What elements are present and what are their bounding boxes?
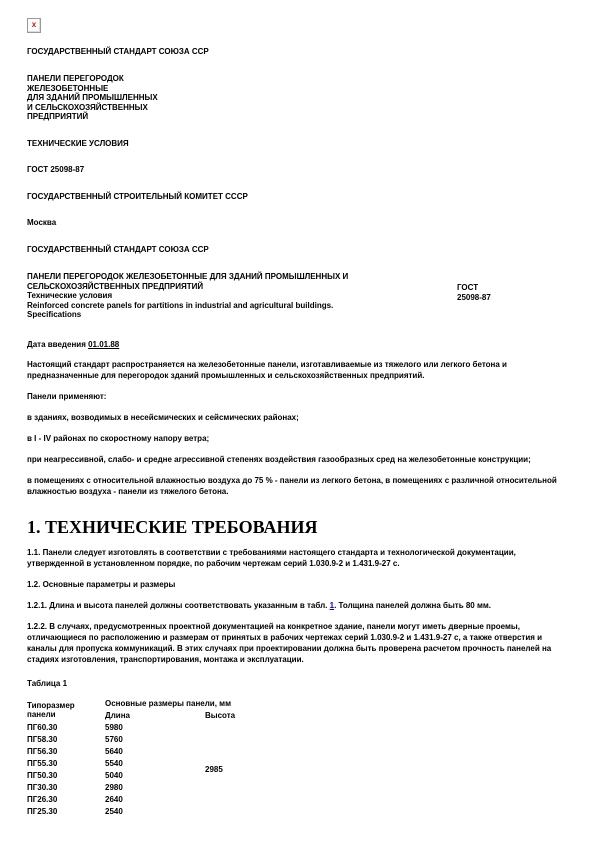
cell-length: 5980 [105, 722, 205, 734]
cell-type: ПГ50.30 [27, 770, 105, 782]
title-line: ЖЕЛЕЗОБЕТОННЫЕ [27, 84, 567, 94]
col-header-sizes: Основные размеры панели, мм [105, 698, 295, 710]
col-header-height: Высота [205, 710, 295, 722]
title-block-left: ПАНЕЛИ ПЕРЕГОРОДОК ЖЕЛЕЗОБЕТОННЫЕ ДЛЯ ЗД… [27, 272, 422, 320]
apply-item: в зданиях, возводимых в несейсмических и… [27, 412, 567, 423]
gost-word: ГОСТ [457, 283, 491, 293]
title-line: ПРЕДПРИЯТИЙ [27, 112, 567, 122]
main-title-russian: ПАНЕЛИ ПЕРЕГОРОДОК ЖЕЛЕЗОБЕТОННЫЕ ДЛЯ ЗД… [27, 272, 422, 291]
broken-image-x-glyph: x [32, 21, 36, 29]
col-header-type: Типоразмер панели [27, 698, 105, 722]
document-page: x ГОСУДАРСТВЕННЫЙ СТАНДАРТ СОЮЗА ССР ПАН… [0, 0, 595, 842]
standard-label-top: ГОСУДАРСТВЕННЫЙ СТАНДАРТ СОЮЗА ССР [27, 47, 567, 57]
cell-type: ПГ58.30 [27, 734, 105, 746]
table-1: Типоразмер панели Основные размеры панел… [27, 698, 295, 818]
title-line: И СЕЛЬСКОХОЗЯЙСТВЕННЫХ [27, 103, 567, 113]
title-english: Reinforced concrete panels for partition… [27, 301, 422, 311]
broken-image-icon: x [27, 18, 41, 33]
cell-height-merged: 2985 [205, 722, 295, 818]
cell-type: ПГ30.30 [27, 782, 105, 794]
table-header-row: Типоразмер панели Основные размеры панел… [27, 698, 295, 710]
title-line: ПАНЕЛИ ПЕРЕГОРОДОК [27, 74, 567, 84]
date-label: Дата введения [27, 340, 88, 349]
paragraph-1-2-1-text: 1.2.1. Длина и высота панелей должны соо… [27, 601, 330, 610]
cell-length: 5540 [105, 758, 205, 770]
scope-paragraph: Настоящий стандарт распространяется на ж… [27, 359, 567, 381]
apply-item: в помещениях с относительной влажностью … [27, 475, 567, 497]
apply-lead-paragraph: Панели применяют: [27, 391, 567, 402]
cell-type: ПГ26.30 [27, 794, 105, 806]
table-row: ПГ60.30 5980 2985 [27, 722, 295, 734]
cell-type: ПГ60.30 [27, 722, 105, 734]
section-1-heading: 1. ТЕХНИЧЕСКИЕ ТРЕБОВАНИЯ [27, 517, 567, 537]
standard-label-repeat: ГОСУДАРСТВЕННЫЙ СТАНДАРТ СОЮЗА ССР [27, 245, 567, 255]
title-block-gost: ГОСТ 25098-87 [457, 272, 491, 320]
apply-item: при неагрессивной, слабо- и средне агрес… [27, 454, 567, 465]
table-1-caption: Таблица 1 [27, 679, 567, 688]
paragraph-1-2: 1.2. Основные параметры и размеры [27, 579, 567, 590]
cell-length: 5040 [105, 770, 205, 782]
col-header-length: Длина [105, 710, 205, 722]
cell-length: 5640 [105, 746, 205, 758]
title-line: ДЛЯ ЗДАНИЙ ПРОМЫШЛЕННЫХ [27, 93, 567, 103]
document-title-lines: ПАНЕЛИ ПЕРЕГОРОДОК ЖЕЛЕЗОБЕТОННЫЕ ДЛЯ ЗД… [27, 74, 567, 122]
title-english-2: Specifications [27, 310, 422, 320]
gost-number: ГОСТ 25098-87 [27, 165, 567, 175]
committee-name: ГОСУДАРСТВЕННЫЙ СТРОИТЕЛЬНЫЙ КОМИТЕТ ССС… [27, 192, 567, 202]
paragraph-1-2-1: 1.2.1. Длина и высота панелей должны соо… [27, 600, 567, 611]
date-value: 01.01.88 [88, 340, 119, 349]
apply-item: в I - IV районах по скоростному напору в… [27, 433, 567, 444]
date-of-introduction: Дата введения 01.01.88 [27, 340, 567, 349]
paragraph-1-2-1-text-after: . Толщина панелей должна быть 80 мм. [334, 601, 491, 610]
cell-length: 2980 [105, 782, 205, 794]
cell-length: 2540 [105, 806, 205, 818]
city-label: Москва [27, 218, 567, 228]
cell-type: ПГ56.30 [27, 746, 105, 758]
cell-type: ПГ55.30 [27, 758, 105, 770]
gost-code: 25098-87 [457, 293, 491, 303]
cell-length: 2640 [105, 794, 205, 806]
paragraph-1-2-2: 1.2.2. В случаях, предусмотренных проект… [27, 621, 567, 665]
cell-type: ПГ25.30 [27, 806, 105, 818]
subtitle-russian: Технические условия [27, 291, 422, 301]
title-block: ПАНЕЛИ ПЕРЕГОРОДОК ЖЕЛЕЗОБЕТОННЫЕ ДЛЯ ЗД… [27, 272, 567, 320]
subtitle-specifications: ТЕХНИЧЕСКИЕ УСЛОВИЯ [27, 139, 567, 149]
document-content: x ГОСУДАРСТВЕННЫЙ СТАНДАРТ СОЮЗА ССР ПАН… [0, 0, 595, 818]
paragraph-1-1: 1.1. Панели следует изготовлять в соотве… [27, 547, 567, 569]
cell-length: 5760 [105, 734, 205, 746]
